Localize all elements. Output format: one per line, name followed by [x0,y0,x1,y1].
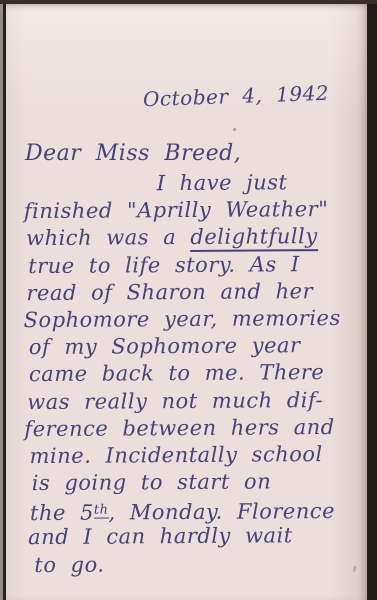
ink-speck [233,128,236,131]
letter-line: mine. Incidentally school [6,441,367,471]
superscript-th: th [94,503,109,519]
letter-line-text: true to life story. As I [28,252,300,278]
letter-paper: October 4, 1942 Dear Miss Breed, I have … [6,4,367,600]
letter-line: of my Sophomore year [6,332,367,362]
letter-body: I have just finished "Aprilly Weather" w… [5,169,369,579]
letter-line: true to life story. As I [5,250,366,280]
letter-line-text: mine. Incidentally school [29,442,322,468]
letter-line-text: , Monday. Florence [108,499,335,525]
letter-line: the 5th, Monday. Florence [7,495,368,525]
letter-line: and I can hardly wait [7,522,368,552]
letter-line-text: came back to me. There [29,360,324,386]
letter-line-text: the 5 [30,501,94,525]
letter-line-text: I have just [157,170,288,195]
letter-line-text: finished "Aprilly Weather" [24,197,329,223]
letter-line: Sophomore year, memories [6,305,367,335]
letter-line: I have just [5,169,366,199]
letter-line-text: to go. [34,552,104,576]
letter-line: finished "Aprilly Weather" [5,196,366,226]
letter-salutation: Dear Miss Breed, [25,141,241,166]
letter-line: which was a delightfully [5,223,366,253]
letter-line: ference between hers and [6,413,367,443]
underlined-word: delightfully [190,224,317,252]
letter-line-text: and I can hardly wait [28,524,293,550]
letter-line-text: of my Sophomore year [29,333,301,359]
letter-date: October 4, 1942 [143,81,330,111]
letter-line-text: read of Sharon and her [26,279,313,305]
letter-line: was really not much dif- [6,386,367,416]
letter-line: read of Sharon and her [5,277,366,307]
letter-photo: October 4, 1942 Dear Miss Breed, I have … [0,0,377,600]
letter-line-text: ference between hers and [24,415,334,441]
letter-line: came back to me. There [6,359,367,389]
letter-line-text: was really not much dif- [27,388,323,414]
letter-line-text: is going to start on [32,469,272,495]
letter-line-text: Sophomore year, memories [24,306,341,332]
letter-line: is going to start on [7,468,368,498]
letter-line: to go. [7,549,368,579]
letter-line-text: which was a [26,225,190,250]
